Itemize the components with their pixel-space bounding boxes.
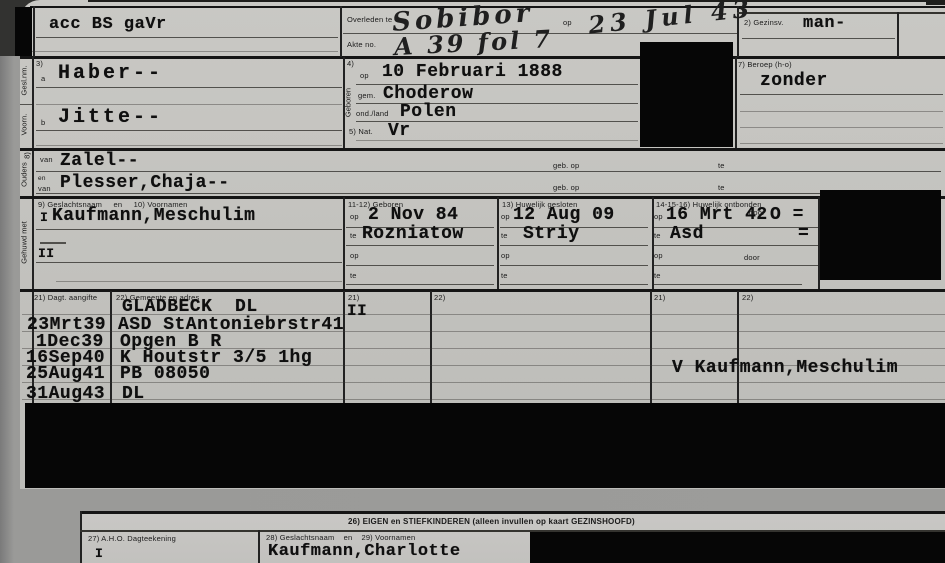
- divider: [737, 291, 739, 403]
- register-date: 25Aug41: [26, 365, 105, 383]
- te-label: te: [718, 183, 725, 192]
- children-section-header: 26) EIGEN en STIEFKINDEREN (alleen invul…: [348, 517, 635, 526]
- redaction-band: [25, 403, 945, 488]
- mother-name-value: Plesser,Chaja--: [60, 174, 230, 192]
- writing-line: [36, 171, 941, 172]
- divider: [258, 530, 260, 563]
- writing-line: [36, 262, 342, 263]
- writing-line: [740, 111, 943, 112]
- father-name-value: Zalel--: [60, 152, 139, 170]
- door-label: door: [749, 208, 765, 217]
- divider: [343, 291, 345, 403]
- sub-b-label: b: [41, 118, 45, 127]
- writing-line: [654, 245, 818, 246]
- register-date: 31Aug43: [26, 385, 105, 403]
- te-label: te: [350, 271, 357, 280]
- writing-line: [36, 87, 342, 88]
- col27-header: 27) A.H.O. Dagteekening: [88, 534, 176, 543]
- writing-line: [500, 245, 648, 246]
- van-label: van: [40, 155, 53, 164]
- divider: [897, 12, 899, 57]
- dissolution-cause: O =: [770, 206, 804, 224]
- land-label: ond./land: [356, 109, 389, 118]
- col-date-header: 21) Dagt. aangifte: [34, 293, 97, 302]
- door-label: door: [744, 253, 760, 262]
- col22-header: 22): [742, 293, 753, 302]
- col21-header: 21): [654, 293, 665, 302]
- writing-line: [56, 281, 342, 282]
- marriage-place: Striy: [523, 225, 580, 243]
- writing-line: [36, 104, 342, 105]
- writing-line: [346, 245, 494, 246]
- table-line: [22, 399, 945, 400]
- equals-mark: =: [798, 225, 809, 243]
- spouse-birth-date: 2 Nov 84: [368, 206, 458, 224]
- akte-label: Akte no.: [347, 40, 376, 49]
- divider: [80, 511, 82, 563]
- sub-a-label: a: [41, 74, 45, 83]
- te-label: te: [654, 231, 661, 240]
- spouse-name-value: Kaufmann,Meschulim: [52, 207, 255, 225]
- geb-op-label: geb. op: [553, 183, 579, 192]
- marriage-date: 12 Aug 09: [513, 206, 615, 224]
- border: [20, 289, 945, 292]
- ouders-side-label: Ouders: [20, 155, 29, 195]
- op-label: op: [501, 212, 510, 221]
- writing-line: [36, 145, 342, 146]
- te-label: te: [718, 161, 725, 170]
- field3-number: 3): [36, 59, 43, 68]
- child-name-value: Kaufmann,Charlotte: [268, 543, 461, 560]
- roman-one: I: [40, 211, 48, 224]
- writing-line: [36, 229, 342, 230]
- writing-line: [654, 284, 802, 285]
- te-label: te: [501, 271, 508, 280]
- register-address: GLADBECK DL: [122, 298, 258, 316]
- scan-edge: [926, 0, 945, 5]
- op-label: op: [501, 251, 510, 260]
- firstnames-value: Jitte--: [58, 108, 163, 128]
- writing-line: [30, 51, 338, 52]
- divider: [650, 291, 652, 403]
- col22-header: 22): [434, 293, 445, 302]
- register-mid-entry: II: [347, 303, 367, 319]
- nat-label: 5) Nat.: [349, 127, 373, 136]
- te-label: te: [501, 231, 508, 240]
- roman-one: I: [95, 547, 103, 560]
- writing-line: [740, 94, 943, 95]
- gem-label: gem.: [358, 91, 375, 100]
- spouse-birth-place: Rozniatow: [362, 225, 464, 243]
- divider: [343, 197, 345, 290]
- writing-line: [740, 127, 943, 128]
- col21-header: 21): [348, 293, 359, 302]
- col2829-header: 28) Geslachtsnaam en 29) Voornamen: [266, 533, 415, 542]
- te-label: te: [654, 271, 661, 280]
- writing-line: [346, 265, 494, 266]
- op-label: op: [350, 251, 359, 260]
- birth-date-value: 10 Februari 1888: [382, 63, 563, 81]
- writing-line: [654, 265, 818, 266]
- writing-line: [36, 130, 342, 131]
- register-address: DL: [122, 385, 145, 403]
- border: [20, 148, 945, 151]
- redaction-box: [530, 532, 945, 563]
- dissolution-place: Asd: [670, 225, 704, 243]
- gezinsv-value: man-: [803, 15, 846, 32]
- overleden-label: Overleden te: [347, 15, 392, 24]
- beroep-label: 7) Beroep (h-o): [738, 60, 792, 69]
- divider: [735, 57, 737, 148]
- roman-two: II: [38, 247, 55, 260]
- register-right-entry: V Kaufmann,Meschulim: [672, 359, 898, 377]
- divider: [33, 6, 35, 57]
- border: [80, 511, 945, 514]
- op-label: op: [654, 251, 663, 260]
- writing-line: [742, 38, 895, 39]
- geb-op-label: geb. op: [553, 161, 579, 170]
- writing-line: [740, 143, 943, 144]
- field4-number: 4): [347, 59, 354, 68]
- writing-line: [500, 284, 648, 285]
- redaction-box: [820, 190, 941, 280]
- op-label: op: [654, 212, 663, 221]
- nationality-value: Vr: [388, 122, 411, 140]
- register-address: PB 08050: [120, 365, 210, 383]
- geboren-side-label: Geboren: [344, 73, 353, 133]
- writing-line: [346, 284, 494, 285]
- op-label: op: [360, 71, 369, 80]
- dash-mark: [40, 242, 66, 244]
- scanned-registration-card: acc BS gaVr Overleden te Sobibor op 23 J…: [0, 0, 945, 563]
- surname-value: Haber--: [58, 64, 163, 84]
- border: [20, 196, 945, 199]
- writing-line: [36, 193, 941, 194]
- divider: [497, 197, 499, 290]
- correction-note: acc BS gaVr: [49, 16, 167, 33]
- beroep-value: zonder: [760, 72, 828, 90]
- gehuwd-met-side-label: Gehuwd met: [20, 213, 29, 273]
- divider: [340, 6, 342, 57]
- birth-place-value: Choderow: [383, 85, 473, 103]
- divider: [430, 291, 432, 403]
- van-label: van: [38, 184, 51, 193]
- redaction-box: [640, 42, 733, 147]
- divider: [110, 291, 112, 403]
- writing-line: [500, 265, 648, 266]
- op-label: op: [350, 212, 359, 221]
- op-label: op: [563, 18, 572, 27]
- left-tab-mark: [15, 7, 32, 56]
- te-label: te: [350, 231, 357, 240]
- birth-country-value: Polen: [400, 103, 457, 121]
- en-label: en: [38, 175, 46, 182]
- writing-line: [36, 37, 338, 38]
